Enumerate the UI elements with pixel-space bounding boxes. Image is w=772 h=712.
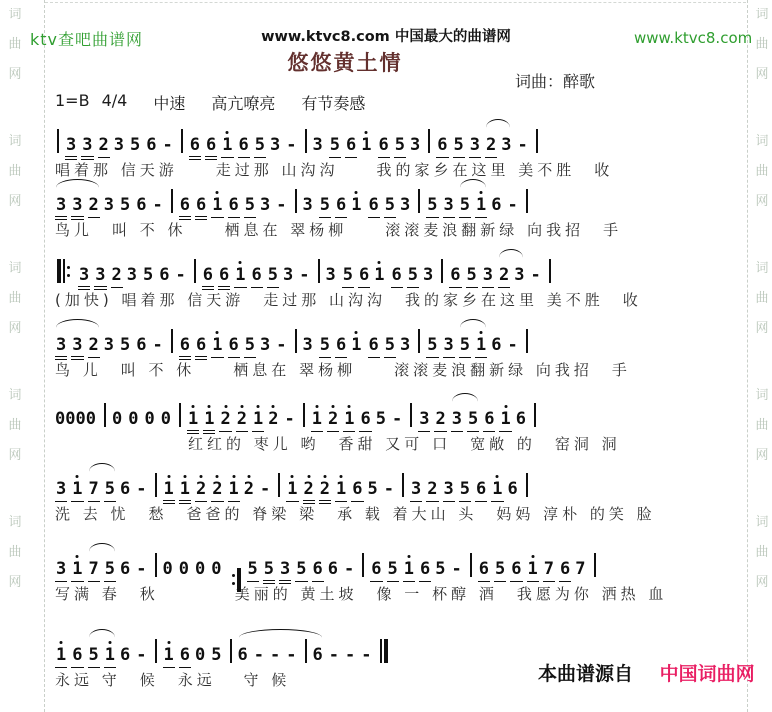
- note: 3: [443, 480, 455, 502]
- note: 6: [202, 266, 214, 290]
- note: 6: [120, 480, 130, 499]
- slur-arc: [460, 179, 486, 188]
- barline: [441, 259, 443, 283]
- note: 2: [434, 410, 446, 432]
- barline: [303, 403, 305, 427]
- lyrics-line-4: 鸟 儿 叫 不 休 栖息在 翠杨柳 滚滚麦浪翻新绿 向我招 手: [55, 361, 752, 379]
- barline: [594, 553, 596, 577]
- note: 3: [423, 266, 433, 285]
- note: 5: [467, 410, 479, 432]
- note: 6: [475, 480, 487, 502]
- note: 5: [88, 646, 100, 668]
- note: 5: [211, 646, 221, 665]
- note: 3: [410, 480, 422, 502]
- barline: [230, 639, 232, 663]
- slur-arc: [56, 319, 99, 328]
- dash-extension: -: [508, 336, 518, 355]
- dash-extension: -: [508, 196, 518, 215]
- slur-arc: [89, 629, 115, 638]
- note: 3: [104, 196, 114, 215]
- note: 3: [418, 410, 430, 432]
- note: 1: [351, 336, 361, 355]
- note: 1: [286, 480, 298, 502]
- dash-extension: -: [163, 136, 173, 155]
- note: 6: [238, 136, 250, 158]
- dash-extension: -: [392, 410, 402, 429]
- note: 2: [319, 480, 331, 504]
- barline: [155, 473, 157, 497]
- note: 5: [459, 336, 471, 358]
- note: 3: [400, 336, 410, 355]
- dash-extension: -: [284, 410, 294, 429]
- dash-extension: -: [344, 560, 354, 579]
- note: 1: [527, 560, 539, 582]
- lyrics-line-2: 鸟儿 叫 不 休 栖息在 翠杨柳 滚滚麦浪翻新绿 向我招 手: [55, 221, 752, 239]
- lyrics-line-1: 唱着那 信天游 走过那 山沟沟 我的家乡在这里 美不胜 收: [55, 161, 752, 179]
- note: 6: [120, 560, 130, 579]
- note: 3: [279, 560, 291, 584]
- note: 6: [449, 266, 461, 288]
- dash-extension: -: [518, 136, 528, 155]
- barline: [536, 129, 538, 153]
- note: 6: [312, 560, 324, 582]
- note: 6: [378, 136, 390, 158]
- note: 5: [466, 266, 478, 288]
- note: 5: [104, 560, 116, 582]
- note: 5: [319, 336, 331, 358]
- barline: [549, 259, 551, 283]
- score-line-4: 332356-661653-356165353516-鸟 儿 叫 不 休 栖息在…: [55, 318, 752, 379]
- barline: [179, 403, 181, 427]
- note: 6: [516, 410, 526, 429]
- note: 5: [387, 560, 399, 582]
- note: 5: [384, 196, 396, 218]
- note: 3: [94, 266, 106, 290]
- rest: 0: [179, 560, 189, 579]
- note: 2: [426, 480, 438, 502]
- score-line-2: 332356-661653-356165353516-鸟儿 叫 不 休 栖息在 …: [55, 178, 752, 239]
- slur-arc: [89, 463, 115, 472]
- dash-extension: -: [153, 336, 163, 355]
- notation-row: 332356-661653-356165353516-: [55, 318, 752, 355]
- note: 2: [236, 410, 248, 432]
- barline: [526, 473, 528, 497]
- note: 6: [508, 480, 518, 499]
- barline: [278, 473, 280, 497]
- source-credit: 本曲谱源自 中国词曲网: [538, 659, 755, 686]
- notation-row: 31756-112212-122165-3235616: [55, 462, 752, 499]
- slur-arc: [499, 249, 523, 258]
- note: 1: [71, 560, 83, 582]
- rest: 0: [112, 410, 122, 429]
- note: 3: [443, 196, 455, 218]
- note: 5: [267, 266, 279, 288]
- note: 6: [359, 410, 371, 432]
- note: 2: [88, 336, 100, 358]
- note: 1: [475, 336, 487, 358]
- barline: [305, 129, 307, 153]
- rest: 0: [163, 560, 173, 579]
- barline: [305, 639, 307, 663]
- note: 3: [303, 336, 313, 355]
- dash-extension: -: [276, 196, 286, 215]
- barline: [418, 189, 420, 213]
- note: 6: [120, 646, 130, 665]
- note: 3: [78, 266, 90, 290]
- note: 5: [263, 560, 275, 584]
- barline: [194, 259, 196, 283]
- barline: [526, 189, 528, 213]
- slur-arc: [486, 119, 510, 128]
- note: 2: [88, 196, 100, 218]
- note: 3: [451, 410, 463, 432]
- note: 3: [443, 336, 455, 358]
- note: 5: [104, 480, 116, 502]
- note: 6: [179, 336, 191, 360]
- dash-extension: -: [286, 646, 296, 665]
- note: 5: [342, 266, 354, 288]
- note: 6: [313, 646, 323, 665]
- note: 5: [120, 336, 130, 355]
- note: 6: [483, 410, 495, 432]
- dash-extension: -: [329, 646, 339, 665]
- note: 7: [88, 560, 100, 582]
- note: 1: [71, 480, 83, 502]
- note: 6: [146, 136, 156, 155]
- notation-row: 00000000112212-12165-3235616: [55, 392, 752, 429]
- note: 2: [303, 480, 315, 504]
- note: 1: [163, 480, 175, 504]
- note: 2: [211, 480, 223, 502]
- dash-extension: -: [452, 560, 462, 579]
- source-site-link[interactable]: 中国词曲网: [660, 663, 755, 685]
- dash-extension: -: [299, 266, 309, 285]
- note: 5: [254, 136, 266, 158]
- score-line-7: 31756-0000553566-65165-6561767写满 春 秋 美丽的…: [55, 542, 752, 603]
- note: 3: [71, 336, 83, 360]
- note: 5: [319, 196, 331, 218]
- note: 6: [358, 266, 370, 288]
- note: 6: [228, 196, 240, 218]
- note: 3: [104, 336, 114, 355]
- note: 6: [559, 560, 571, 582]
- note: 5: [329, 136, 341, 158]
- note: 5: [453, 136, 465, 158]
- note: 2: [485, 136, 497, 158]
- note: 1: [55, 646, 67, 668]
- slur-arc: [56, 179, 99, 188]
- note: 1: [179, 480, 191, 504]
- barline: [104, 403, 106, 427]
- note: 6: [491, 336, 501, 355]
- note: 1: [211, 336, 223, 358]
- note: 2: [268, 410, 278, 429]
- note: 5: [459, 196, 471, 218]
- note: 3: [410, 136, 420, 155]
- note: 2: [195, 480, 207, 502]
- note: 3: [514, 266, 524, 285]
- slur-arc: [239, 629, 322, 638]
- note: 6: [478, 560, 490, 582]
- score-line-1: 332356-661653-356165365323-唱着那 信天游 走过那 山…: [55, 118, 752, 179]
- note: 5: [247, 560, 259, 582]
- notation-row: 31756-0000553566-65165-6561767: [55, 542, 752, 579]
- note: 3: [114, 136, 124, 155]
- barline: [171, 189, 173, 213]
- note: 5: [407, 266, 419, 288]
- barline: [295, 329, 297, 353]
- note: 1: [475, 196, 487, 218]
- dash-extension: -: [153, 196, 163, 215]
- note: 1: [335, 480, 347, 502]
- note: 6: [368, 336, 380, 358]
- rest: 0: [195, 560, 205, 579]
- note: 1: [203, 410, 215, 434]
- barline: [295, 189, 297, 213]
- source-prefix: 本曲谱源自: [538, 663, 633, 685]
- barline: [402, 473, 404, 497]
- notation-row: 332356-661653-356165365323-: [55, 118, 752, 155]
- final-barline: [380, 639, 388, 663]
- slur-arc: [452, 393, 478, 402]
- note: 6: [419, 560, 431, 582]
- note: 3: [65, 136, 77, 160]
- note: 5: [295, 560, 307, 582]
- dash-extension: -: [345, 646, 355, 665]
- note: 2: [98, 136, 110, 158]
- note: 3: [400, 196, 410, 215]
- barline: [428, 129, 430, 153]
- dash-extension: -: [270, 646, 280, 665]
- notation-row: 332356-661653-356165365323-: [55, 248, 752, 285]
- note: 6: [491, 196, 501, 215]
- dash-extension: -: [361, 646, 371, 665]
- note: 1: [403, 560, 415, 582]
- note: 6: [179, 646, 191, 668]
- note: 3: [260, 336, 270, 355]
- rest: 0: [211, 560, 221, 579]
- note: 1: [104, 646, 116, 668]
- note: 3: [55, 196, 67, 220]
- score-line-5: 00000000112212-12165-3235616 红红的 枣儿 哟 香甜…: [55, 392, 752, 453]
- lyrics-line-6: 洗 去 忧 愁 爸爸的 脊梁 梁 承 载 着大山 头 妈妈 淳朴 的笑 脸: [55, 505, 752, 523]
- dash-extension: -: [176, 266, 186, 285]
- dash-extension: -: [260, 480, 270, 499]
- dash-extension: -: [531, 266, 541, 285]
- note: 1: [163, 646, 175, 668]
- note: 6: [391, 266, 403, 288]
- note: 3: [283, 266, 293, 285]
- note: 6: [510, 560, 522, 582]
- note: 2: [327, 410, 339, 432]
- note: 5: [426, 336, 438, 358]
- barline: [362, 553, 364, 577]
- barline: [181, 129, 183, 153]
- score-line-6: 31756-112212-122165-3235616洗 去 忧 愁 爸爸的 脊…: [55, 462, 752, 523]
- barline: [526, 329, 528, 353]
- note: 1: [228, 480, 240, 502]
- note: 5: [130, 136, 140, 155]
- note: 5: [384, 336, 396, 358]
- note: 5: [244, 196, 256, 218]
- note: 5: [244, 336, 256, 358]
- note: 6: [136, 336, 146, 355]
- note: 6: [159, 266, 169, 285]
- note: 3: [313, 136, 323, 155]
- note: 1: [187, 410, 199, 434]
- note: 3: [482, 266, 494, 288]
- note: 1: [252, 410, 264, 432]
- note: 6: [251, 266, 263, 288]
- note: 3: [501, 136, 511, 155]
- note: 6: [335, 336, 347, 358]
- barline: [171, 329, 173, 353]
- note: 5: [368, 480, 378, 499]
- note: 3: [55, 560, 67, 582]
- barline: [155, 553, 157, 577]
- note: 6: [136, 196, 146, 215]
- note: 3: [71, 196, 83, 220]
- note: 3: [270, 136, 280, 155]
- barline: [155, 639, 157, 663]
- note: 3: [303, 196, 313, 215]
- note: 1: [374, 266, 384, 285]
- lyrics-line-5: 红红的 枣儿 哟 香甜 又可 口 宽敞 的 窑洞 洞: [55, 435, 752, 453]
- note: 3: [127, 266, 137, 285]
- note: 6: [189, 136, 201, 160]
- note: 6: [370, 560, 382, 582]
- note: 5: [143, 266, 153, 285]
- note: 6: [335, 196, 347, 218]
- note: 6: [195, 336, 207, 360]
- note: 5: [426, 196, 438, 218]
- rest: 0: [195, 646, 205, 665]
- note: 6: [436, 136, 448, 158]
- repeat-close-sign: [230, 568, 241, 592]
- note: 3: [326, 266, 336, 285]
- note: 6: [218, 266, 230, 290]
- score: 332356-661653-356165365323-唱着那 信天游 走过那 山…: [0, 0, 772, 712]
- dash-extension: -: [384, 480, 394, 499]
- note: 1: [499, 410, 511, 432]
- note: 2: [498, 266, 510, 288]
- rest: 0: [128, 410, 138, 429]
- notation-row: 332356-661653-356165353516-: [55, 178, 752, 215]
- note: 5: [376, 410, 386, 429]
- barline: [470, 553, 472, 577]
- note: 1: [343, 410, 355, 432]
- score-line-3: 332356-661653-356165365323-(加快) 唱着那 信天游 …: [55, 248, 752, 309]
- note: 3: [260, 196, 270, 215]
- rest: 0: [161, 410, 171, 429]
- note: 6: [345, 136, 357, 158]
- rest: 0: [144, 410, 154, 429]
- dash-extension: -: [136, 646, 146, 665]
- note: 6: [179, 196, 191, 220]
- note: 3: [55, 480, 67, 502]
- slur-arc: [460, 319, 486, 328]
- note: 6: [238, 646, 248, 665]
- note: 3: [469, 136, 481, 158]
- note: 1: [351, 196, 361, 215]
- note: 5: [120, 196, 130, 215]
- note: 5: [435, 560, 445, 579]
- barline: [534, 403, 536, 427]
- dash-extension: -: [286, 136, 296, 155]
- lyrics-line-3: (加快) 唱着那 信天游 走过那 山沟沟 我的家乡在这里 美不胜 收: [55, 291, 752, 309]
- note: 1: [211, 196, 223, 218]
- dash-extension: -: [136, 480, 146, 499]
- slur-arc: [89, 543, 115, 552]
- note: 2: [244, 480, 254, 499]
- barline: [57, 129, 59, 153]
- dash-extension: -: [136, 560, 146, 579]
- note: 3: [55, 336, 67, 360]
- note: 6: [195, 196, 207, 220]
- dash-extension: -: [276, 336, 286, 355]
- note: 6: [71, 646, 83, 668]
- sheet-music-page: 词曲网词曲网词曲网词曲网词曲网 词曲网词曲网词曲网词曲网词曲网 ktv查吧曲谱网…: [0, 0, 772, 712]
- note: 6: [351, 480, 363, 502]
- note: 1: [491, 480, 503, 502]
- barline: [418, 329, 420, 353]
- note: 2: [111, 266, 123, 288]
- note: 7: [88, 480, 100, 502]
- repeat-open-sign: [57, 259, 72, 283]
- dash-extension: -: [254, 646, 264, 665]
- note: 6: [368, 196, 380, 218]
- note: 6: [205, 136, 217, 160]
- note: 1: [311, 410, 323, 432]
- note: 5: [459, 480, 471, 502]
- note: 6: [228, 336, 240, 358]
- note: 5: [394, 136, 406, 158]
- note: 2: [219, 410, 231, 432]
- note: 5: [494, 560, 506, 582]
- note: 7: [543, 560, 555, 582]
- note: 1: [361, 136, 371, 155]
- note: 3: [81, 136, 93, 160]
- rest: 0000: [55, 410, 96, 429]
- note: 1: [234, 266, 246, 288]
- barline: [410, 403, 412, 427]
- note: 7: [575, 560, 585, 579]
- note: 6: [328, 560, 338, 579]
- note: 1: [221, 136, 233, 158]
- barline: [318, 259, 320, 283]
